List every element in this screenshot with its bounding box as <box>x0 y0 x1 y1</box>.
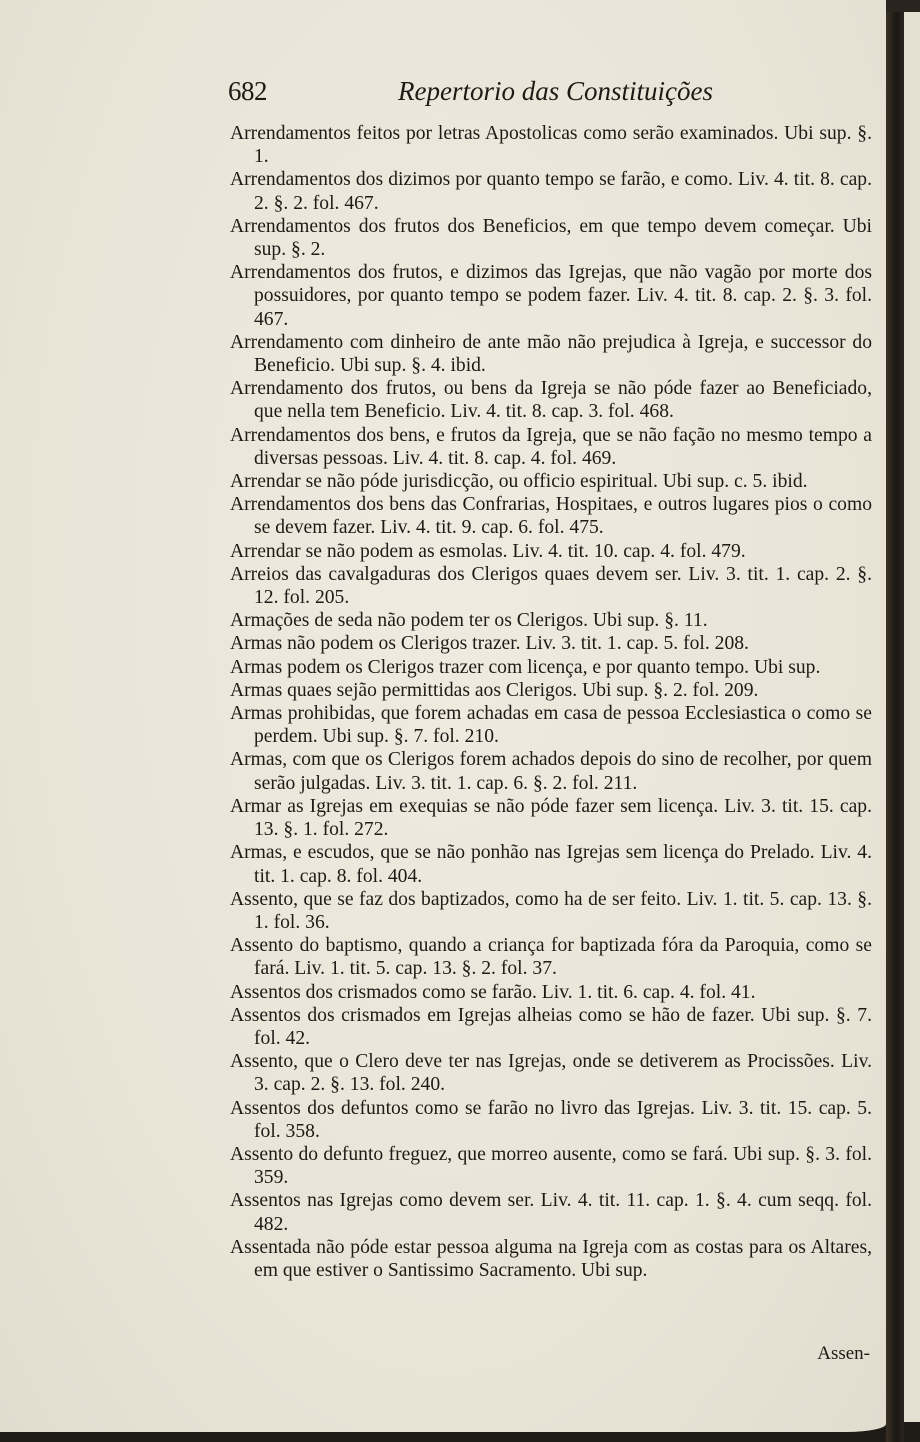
index-entry: Arrendamentos dos dizimos por quanto tem… <box>230 168 872 214</box>
page-header: 682 Repertorio das Constituições <box>230 76 872 120</box>
index-entries: Arrendamentos feitos por letras Apostoli… <box>230 122 872 1282</box>
index-entry: Assento, que se faz dos baptizados, como… <box>230 888 872 934</box>
index-entry: Armações de seda não podem ter os Clerig… <box>230 609 872 632</box>
index-entry: Assentos dos crismados em Igrejas alheia… <box>230 1004 872 1050</box>
index-entry: Assentos dos crismados como se farão. Li… <box>230 981 872 1004</box>
facing-page-edge <box>904 12 920 1422</box>
index-entry: Assento do defunto freguez, que morreo a… <box>230 1143 872 1189</box>
index-entry: Arrendamento com dinheiro de ante mão nã… <box>230 331 872 377</box>
index-entry: Armas, e escudos, que se não ponhão nas … <box>230 841 872 887</box>
index-entry: Assentada não póde estar pessoa alguma n… <box>230 1236 872 1282</box>
index-entry: Armas, com que os Clerigos forem achados… <box>230 748 872 794</box>
index-entry: Arrendar se não póde jurisdicção, ou off… <box>230 470 872 493</box>
index-entry: Arrendamentos dos bens das Confrarias, H… <box>230 493 872 539</box>
page-content: 682 Repertorio das Constituições Arrenda… <box>230 76 872 1282</box>
index-entry: Assentos dos defuntos como se farão no l… <box>230 1097 872 1143</box>
index-entry: Arrendar se não podem as esmolas. Liv. 4… <box>230 540 872 563</box>
index-entry: Assentos nas Igrejas como devem ser. Liv… <box>230 1189 872 1235</box>
index-entry: Armas quaes sejão permittidas aos Clerig… <box>230 679 872 702</box>
index-entry: Arrendamentos dos frutos, e dizimos das … <box>230 261 872 331</box>
index-entry: Armas não podem os Clerigos trazer. Liv.… <box>230 632 872 655</box>
running-title: Repertorio das Constituições <box>398 76 713 107</box>
book-gutter <box>886 12 904 1442</box>
index-entry: Assento, que o Clero deve ter nas Igreja… <box>230 1050 872 1096</box>
index-entry: Arreios das cavalgaduras dos Clerigos qu… <box>230 563 872 609</box>
index-entry: Arrendamentos dos frutos dos Beneficios,… <box>230 215 872 261</box>
index-entry: Arrendamentos feitos por letras Apostoli… <box>230 122 872 168</box>
index-entry: Arrendamentos dos bens, e frutos da Igre… <box>230 424 872 470</box>
index-entry: Arrendamento dos frutos, ou bens da Igre… <box>230 377 872 423</box>
index-entry: Armar as Igrejas em exequias se não póde… <box>230 795 872 841</box>
page-number: 682 <box>228 76 267 107</box>
index-entry: Armas prohibidas, que forem achadas em c… <box>230 702 872 748</box>
index-entry: Assento do baptismo, quando a criança fo… <box>230 934 872 980</box>
index-entry: Armas podem os Clerigos trazer com licen… <box>230 656 872 679</box>
catchword: Assen- <box>817 1343 870 1365</box>
